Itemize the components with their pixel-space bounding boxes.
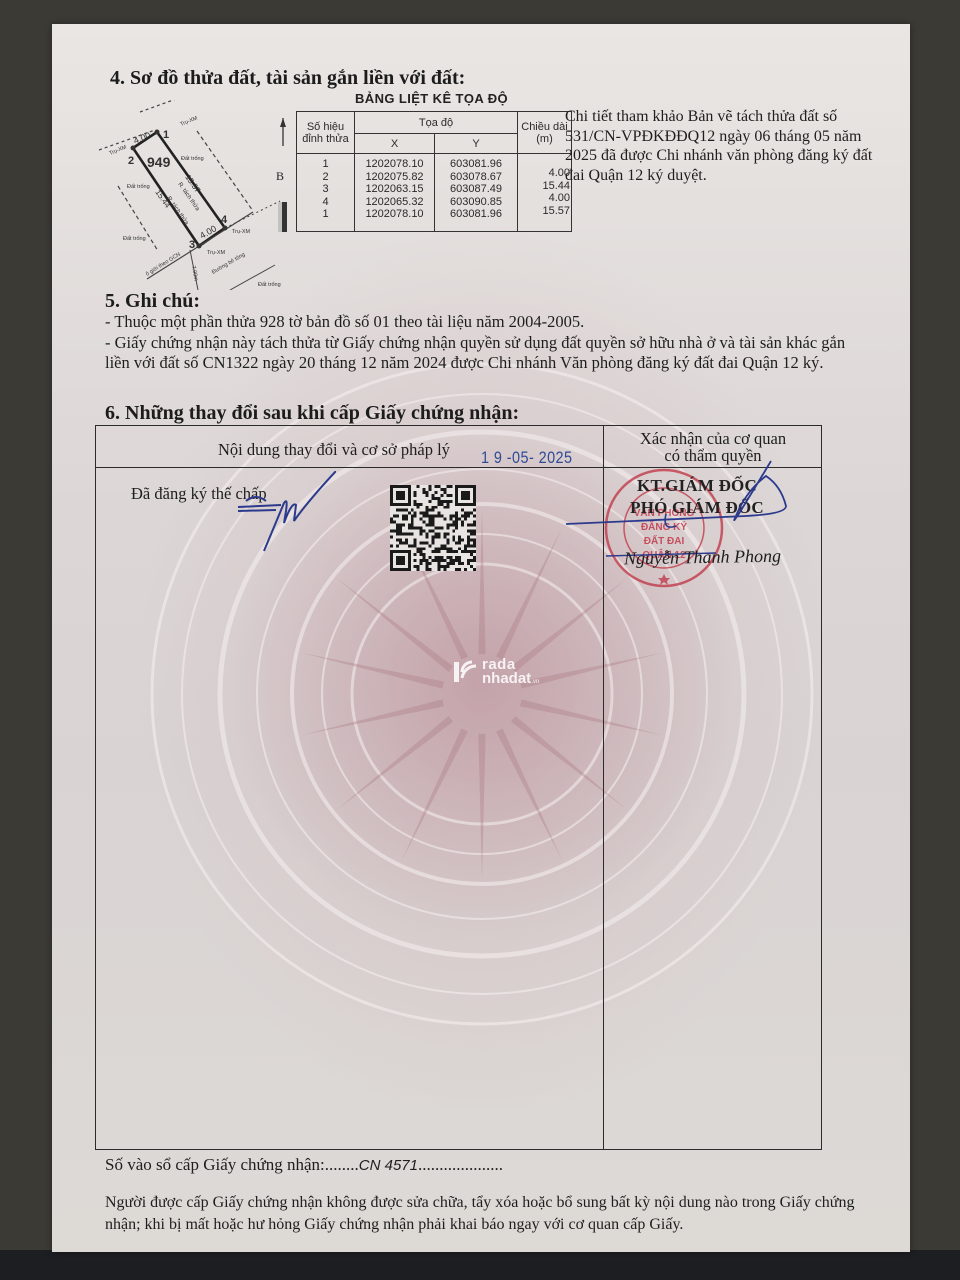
registration-number: CN 4571: [359, 1157, 418, 1174]
length-cell: 15.57: [518, 205, 570, 218]
svg-text:Trụ-XM: Trụ-XM: [180, 115, 199, 128]
x-cell: 1202078.10: [355, 208, 434, 221]
svg-text:2: 2: [128, 155, 134, 167]
y-cell: 603081.96: [435, 208, 517, 221]
vertex-column: 12341: [297, 154, 355, 232]
svg-text:Đất trống: Đất trống: [258, 282, 281, 288]
svg-text:Trụ-XM: Trụ-XM: [232, 229, 251, 235]
svg-text:Đất trống: Đất trống: [181, 156, 204, 162]
svg-text:949: 949: [147, 154, 171, 170]
section6-heading: 6. Những thay đổi sau khi cấp Giấy chứng…: [105, 402, 519, 425]
header-y: Y: [435, 134, 518, 154]
north-arrow-icon: B: [268, 118, 298, 238]
svg-text:Trụ-XM: Trụ-XM: [207, 250, 226, 256]
y-cell: 603090.85: [435, 196, 517, 209]
note-item: - Giấy chứng nhận này tách thửa từ Giấy …: [105, 333, 865, 374]
x-cell: 1202078.10: [355, 158, 434, 171]
svg-text:B: B: [276, 169, 284, 183]
handwritten-signature-left: [236, 471, 336, 556]
registration-number-line: Số vào sổ cấp Giấy chứng nhận:........CN…: [105, 1155, 503, 1175]
svg-text:7.00m: 7.00m: [190, 265, 199, 282]
x-cell: 1202063.15: [355, 183, 434, 196]
y-cell: 603081.96: [435, 158, 517, 171]
registration-label: Số vào sổ cấp Giấy chứng nhận:: [105, 1155, 325, 1174]
header-length: Chiều dài(m): [518, 112, 572, 154]
coordinate-table: Số hiệuđỉnh thửa Tọa độ Chiều dài(m) X Y…: [296, 111, 572, 232]
svg-text:Đất trống: Đất trống: [123, 236, 146, 242]
signer-name: Nguyễn Thanh Phong: [624, 546, 781, 570]
coord-table-title: BẢNG LIỆT KÊ TỌA ĐỘ: [355, 91, 508, 106]
x-cell: 1202075.82: [355, 171, 434, 184]
svg-text:1: 1: [163, 129, 169, 141]
y-cell: 603078.67: [435, 171, 517, 184]
parcel-sketch: 1 2 3 4 949 4.00 15.57 15.44 4.00 R. tác…: [95, 100, 295, 290]
changes-table: Nội dung thay đổi và cơ sở pháp lý 1 9 -…: [95, 425, 822, 1150]
svg-text:ô giới theo GCN: ô giới theo GCN: [145, 252, 182, 278]
length-cell: 4.00: [518, 167, 570, 180]
x-cell: 1202065.32: [355, 196, 434, 209]
svg-text:4.00: 4.00: [198, 223, 218, 240]
header-x: X: [355, 134, 435, 154]
length-column: 4.0015.444.0015.57: [518, 154, 572, 232]
table-surface: [0, 1250, 960, 1280]
dots: ........: [325, 1155, 359, 1174]
svg-text:Trụ-XM: Trụ-XM: [109, 144, 128, 157]
y-cell: 603087.49: [435, 183, 517, 196]
svg-text:4: 4: [221, 214, 228, 226]
header-coord: Tọa độ: [355, 112, 518, 134]
section5-heading: 5. Ghi chú:: [105, 290, 200, 313]
vertex-cell: 4: [297, 196, 354, 209]
date-stamp: 1 9 -05- 2025: [481, 448, 572, 468]
svg-text:3: 3: [189, 239, 195, 251]
vertex-cell: 1: [297, 158, 354, 171]
y-column: 603081.96603078.67603087.49603090.856030…: [435, 154, 518, 232]
vertex-cell: 3: [297, 183, 354, 196]
vertex-cell: 2: [297, 171, 354, 184]
section4-heading: 4. Sơ đồ thửa đất, tài sản gắn liền với …: [110, 67, 465, 90]
length-cell: 4.00: [518, 192, 570, 205]
warning-note: Người được cấp Giấy chứng nhận không đượ…: [105, 1192, 865, 1236]
qr-code: [390, 485, 476, 571]
length-cell: 15.44: [518, 180, 570, 193]
changes-content-header: Nội dung thay đổi và cơ sở pháp lý: [218, 440, 450, 460]
x-column: 1202078.101202075.821202063.151202065.32…: [355, 154, 435, 232]
svg-text:R. tách thửa: R. tách thửa: [165, 195, 190, 227]
note-item: - Thuộc một phần thửa 928 tờ bản đồ số 0…: [105, 312, 865, 333]
dots: ....................: [418, 1155, 503, 1174]
header-vertex: Số hiệuđỉnh thửa: [297, 112, 355, 154]
notes-list: - Thuộc một phần thửa 928 tờ bản đồ số 0…: [105, 312, 865, 374]
reference-note: Chi tiết tham khảo Bản vẽ tách thửa đất …: [565, 107, 885, 185]
vertex-cell: 1: [297, 208, 354, 221]
svg-text:Đất trống: Đất trống: [127, 184, 150, 190]
